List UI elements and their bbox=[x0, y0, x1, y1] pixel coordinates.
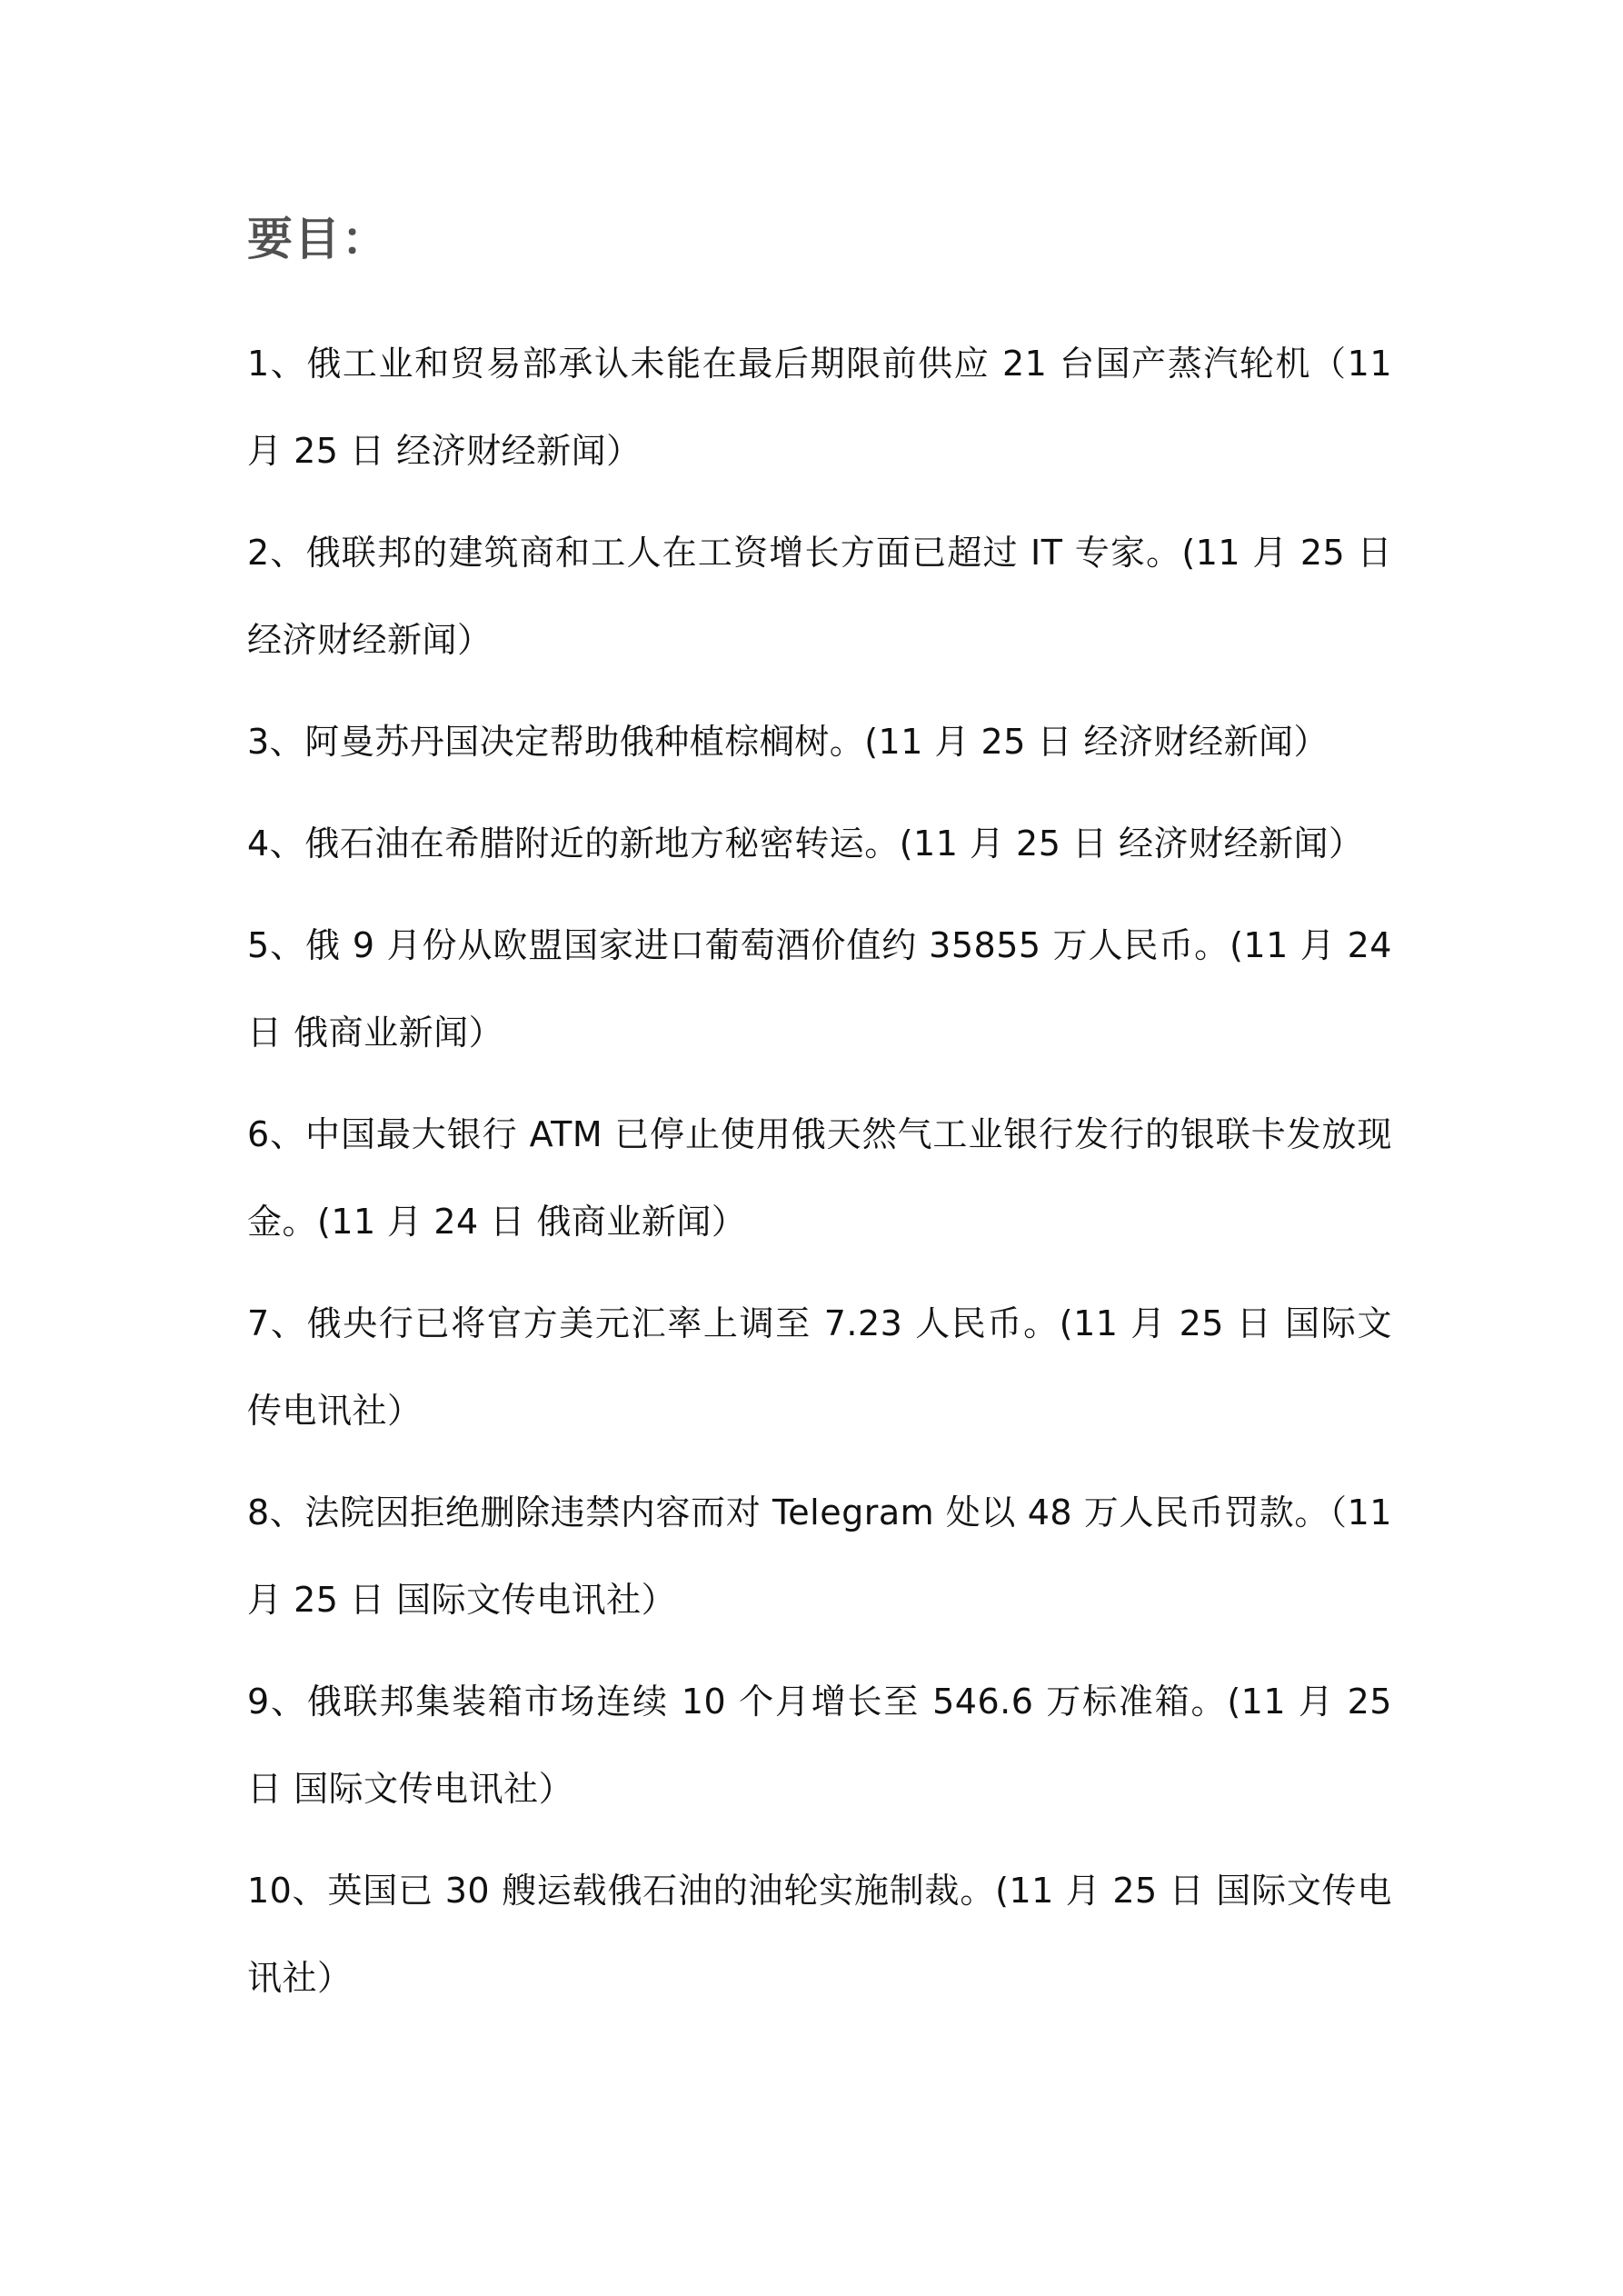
item-text: 阿曼苏丹国决定帮助俄种植棕榈树。(11 月 25 日 经济财经新闻） bbox=[304, 722, 1329, 762]
list-item: 1、俄工业和贸易部承认未能在最后期限前供应 21 台国产蒸汽轮机（11 月 25… bbox=[247, 320, 1392, 494]
list-item: 5、俄 9 月份从欧盟国家进口葡萄酒价值约 35855 万人民币。(11 月 2… bbox=[247, 902, 1392, 1076]
list-item: 4、俄石油在希腊附近的新地方秘密转运。(11 月 25 日 经济财经新闻） bbox=[247, 800, 1392, 887]
item-number: 1、 bbox=[247, 344, 306, 384]
list-item: 2、俄联邦的建筑商和工人在工资增长方面已超过 IT 专家。(11 月 25 日 … bbox=[247, 509, 1392, 684]
item-text: 俄工业和贸易部承认未能在最后期限前供应 21 台国产蒸汽轮机（11 月 25 日… bbox=[247, 344, 1392, 471]
page-heading: 要目： bbox=[247, 207, 389, 271]
list-item: 9、俄联邦集装箱市场连续 10 个月增长至 546.6 万标准箱。(11 月 2… bbox=[247, 1658, 1392, 1832]
item-text: 俄联邦的建筑商和工人在工资增长方面已超过 IT 专家。(11 月 25 日 经济… bbox=[247, 533, 1392, 660]
item-text: 俄央行已将官方美元汇率上调至 7.23 人民币。(11 月 25 日 国际文传电… bbox=[247, 1303, 1392, 1431]
news-summary-list: 1、俄工业和贸易部承认未能在最后期限前供应 21 台国产蒸汽轮机（11 月 25… bbox=[247, 320, 1392, 2036]
item-number: 5、 bbox=[247, 925, 305, 965]
list-item: 6、中国最大银行 ATM 已停止使用俄天然气工业银行发行的银联卡发放现金。(11… bbox=[247, 1091, 1392, 1265]
item-number: 8、 bbox=[247, 1492, 304, 1532]
item-text: 英国已 30 艘运载俄石油的油轮实施制裁。(11 月 25 日 国际文传电讯社） bbox=[247, 1871, 1392, 1998]
item-text: 俄石油在希腊附近的新地方秘密转运。(11 月 25 日 经济财经新闻） bbox=[304, 824, 1363, 863]
item-number: 3、 bbox=[247, 722, 304, 762]
list-item: 3、阿曼苏丹国决定帮助俄种植棕榈树。(11 月 25 日 经济财经新闻） bbox=[247, 698, 1392, 785]
item-number: 6、 bbox=[247, 1114, 305, 1154]
list-item: 7、俄央行已将官方美元汇率上调至 7.23 人民币。(11 月 25 日 国际文… bbox=[247, 1280, 1392, 1454]
item-number: 4、 bbox=[247, 824, 304, 863]
list-item: 10、英国已 30 艘运载俄石油的油轮实施制裁。(11 月 25 日 国际文传电… bbox=[247, 1847, 1392, 2021]
item-text: 俄联邦集装箱市场连续 10 个月增长至 546.6 万标准箱。(11 月 25 … bbox=[247, 1682, 1392, 1809]
item-text: 中国最大银行 ATM 已停止使用俄天然气工业银行发行的银联卡发放现金。(11 月… bbox=[247, 1114, 1392, 1242]
item-number: 7、 bbox=[247, 1303, 307, 1343]
item-text: 俄 9 月份从欧盟国家进口葡萄酒价值约 35855 万人民币。(11 月 24 … bbox=[247, 925, 1392, 1053]
item-number: 2、 bbox=[247, 533, 306, 573]
item-number: 10、 bbox=[247, 1871, 327, 1911]
item-number: 9、 bbox=[247, 1682, 307, 1722]
list-item: 8、法院因拒绝删除违禁内容而对 Telegram 处以 48 万人民币罚款。（1… bbox=[247, 1469, 1392, 1643]
item-text: 法院因拒绝删除违禁内容而对 Telegram 处以 48 万人民币罚款。（11 … bbox=[247, 1492, 1392, 1620]
